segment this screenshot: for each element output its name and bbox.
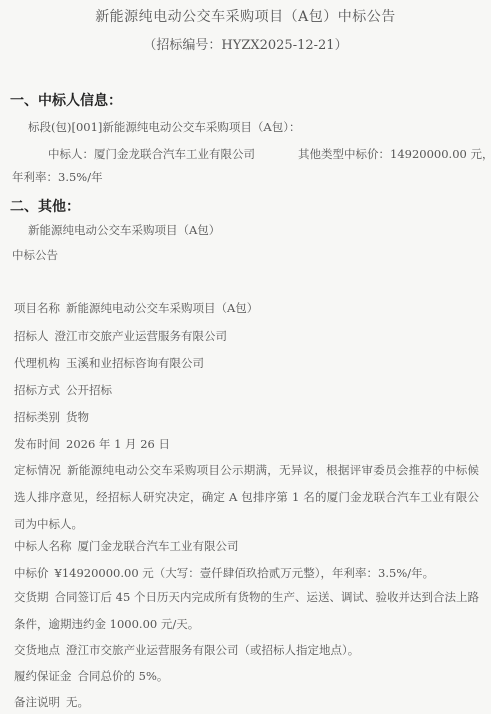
detail-label: 备注说明 [14,695,60,709]
section-heading-other: 二、其他： [10,196,80,216]
detail-value: 玉溪和业招标咨询有限公司 [66,356,204,370]
document-subtitle: （招标编号：HYZX2025-12-21） [0,34,491,53]
detail-award-decision: 定标情况新能源纯电动公交车采购项目公示期满，无异议，根据评审委员会推荐的中标候选… [14,457,479,538]
detail-tenderer: 招标人澄江市交旅产业运营服务有限公司 [14,331,227,343]
detail-agency: 代理机构玉溪和业招标咨询有限公司 [14,358,204,370]
detail-delivery-location: 交货地点澄江市交旅产业运营服务有限公司（或招标人指定地点）。 [14,645,359,657]
detail-label: 定标情况 [14,463,61,477]
detail-label: 履约保证金 [14,669,72,683]
detail-value: 货物 [66,410,89,424]
lot-line: 标段(包)[001]新能源纯电动公交车采购项目（A包）： [28,122,300,134]
detail-label: 交货期 [14,590,49,604]
detail-value: ¥14920000.00 元（大写：壹仟肆佰玖拾贰万元整），年利率：3.5%/年… [55,566,435,580]
detail-label: 中标价 [14,566,49,580]
detail-label: 代理机构 [14,356,60,370]
document-title: 新能源纯电动公交车采购项目（A包）中标公告 [0,6,491,26]
detail-label: 招标方式 [14,383,60,397]
detail-value: 2026 年 1 月 26 日 [66,437,170,451]
detail-tender-category: 招标类别货物 [14,412,89,424]
project-line: 新能源纯电动公交车采购项目（A包） [28,225,220,237]
detail-delivery-period: 交货期合同签订后 45 个日历天内完成所有货物的生产、运送、调试、验收并达到合法… [14,584,479,638]
detail-value: 公开招标 [66,383,112,397]
detail-publish-time: 发布时间2026 年 1 月 26 日 [14,439,170,451]
detail-label: 交货地点 [14,643,60,657]
detail-value: 新能源纯电动公交车采购项目公示期满，无异议，根据评审委员会推荐的中标候选人排序意… [14,463,479,531]
detail-project-name: 项目名称新能源纯电动公交车采购项目（A包） [14,303,258,315]
detail-value: 澄江市交旅产业运营服务有限公司 [55,329,228,343]
detail-label: 项目名称 [14,301,60,315]
detail-value: 新能源纯电动公交车采购项目（A包） [66,301,258,315]
detail-value: 无。 [66,695,89,709]
detail-label: 中标人名称 [14,539,72,553]
detail-label: 招标人 [14,329,49,343]
notice-line: 中标公告 [12,250,58,262]
detail-label: 发布时间 [14,437,60,451]
detail-value: 厦门金龙联合汽车工业有限公司 [78,539,239,553]
detail-remarks: 备注说明无。 [14,697,89,709]
price-line: 其他类型中标价：14920000.00 元， [298,149,491,161]
detail-value: 合同总价的 5%。 [78,669,169,683]
detail-winner-name: 中标人名称厦门金龙联合汽车工业有限公司 [14,541,239,553]
detail-label: 招标类别 [14,410,60,424]
detail-value: 合同签订后 45 个日历天内完成所有货物的生产、运送、调试、验收并达到合法上路条… [14,590,479,631]
section-heading-winner-info: 一、中标人信息： [10,90,122,110]
detail-tender-method: 招标方式公开招标 [14,385,112,397]
detail-performance-bond: 履约保证金合同总价的 5%。 [14,671,168,683]
detail-value: 澄江市交旅产业运营服务有限公司（或招标人指定地点）。 [66,643,359,657]
winner-line: 中标人：厦门金龙联合汽车工业有限公司 [48,149,255,161]
detail-winning-price: 中标价¥14920000.00 元（大写：壹仟肆佰玖拾贰万元整），年利率：3.5… [14,568,434,580]
rate-line: 年利率：3.5%/年 [12,172,103,184]
